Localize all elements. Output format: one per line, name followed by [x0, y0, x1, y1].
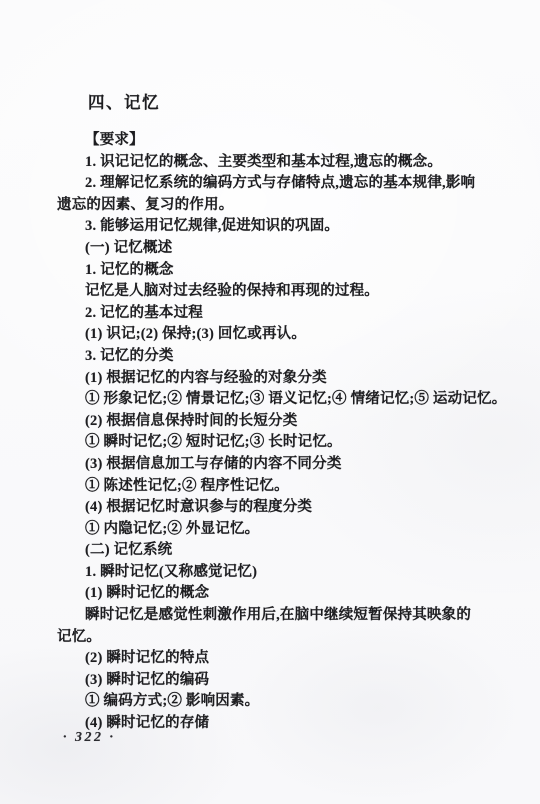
- text-line: 3. 能够运用记忆规律,促进知识的巩固。: [57, 216, 493, 238]
- text-line: (4) 瞬时记忆的存储: [57, 713, 493, 735]
- text-line: 记忆是人脑对过去经验的保持和再现的过程。: [57, 281, 493, 303]
- text-line: 3. 记忆的分类: [57, 346, 493, 368]
- text-line: (2) 根据信息保持时间的长短分类: [57, 411, 493, 433]
- text-line: ① 形象记忆;② 情景记忆;③ 语义记忆;④ 情绪记忆;⑤ 运动记忆。: [57, 389, 493, 411]
- text-line: 【要求】: [57, 130, 493, 152]
- text-line: (1) 根据记忆的内容与经验的对象分类: [57, 368, 493, 390]
- document-content: 四、记忆 【要求】1. 识记记忆的概念、主要类型和基本过程,遗忘的概念。2. 理…: [57, 93, 493, 735]
- text-line: (2) 瞬时记忆的特点: [57, 648, 493, 670]
- text-line: 2. 理解记忆系统的编码方式与存储特点,遗忘的基本规律,影响: [57, 173, 493, 195]
- text-line: 记忆。: [57, 627, 493, 649]
- scanned-document-page: 四、记忆 【要求】1. 识记记忆的概念、主要类型和基本过程,遗忘的概念。2. 理…: [0, 0, 540, 804]
- section-heading: 四、记忆: [88, 93, 493, 113]
- text-line: 1. 瞬时记忆(又称感觉记忆): [57, 562, 493, 584]
- text-line: 1. 记忆的概念: [57, 260, 493, 282]
- text-line: 遗忘的因素、复习的作用。: [57, 195, 493, 217]
- body-text-lines: 【要求】1. 识记记忆的概念、主要类型和基本过程,遗忘的概念。2. 理解记忆系统…: [57, 130, 493, 735]
- text-line: (4) 根据记忆时意识参与的程度分类: [57, 497, 493, 519]
- text-line: ① 内隐记忆;② 外显记忆。: [57, 519, 493, 541]
- text-line: ① 陈述性记忆;② 程序性记忆。: [57, 476, 493, 498]
- page-number: · 322 ·: [63, 728, 116, 748]
- text-line: (1) 瞬时记忆的概念: [57, 583, 493, 605]
- text-line: (1) 识记;(2) 保持;(3) 回忆或再认。: [57, 324, 493, 346]
- text-line: 1. 识记记忆的概念、主要类型和基本过程,遗忘的概念。: [57, 152, 493, 174]
- text-line: (3) 根据信息加工与存储的内容不同分类: [57, 454, 493, 476]
- text-line: ① 编码方式;② 影响因素。: [57, 691, 493, 713]
- text-line: ① 瞬时记忆;② 短时记忆;③ 长时记忆。: [57, 432, 493, 454]
- text-line: (3) 瞬时记忆的编码: [57, 670, 493, 692]
- text-line: 2. 记忆的基本过程: [57, 303, 493, 325]
- text-line: (一) 记忆概述: [57, 238, 493, 260]
- text-line: 瞬时记忆是感觉性刺激作用后,在脑中继续短暂保持其映象的: [57, 605, 493, 627]
- text-line: (二) 记忆系统: [57, 540, 493, 562]
